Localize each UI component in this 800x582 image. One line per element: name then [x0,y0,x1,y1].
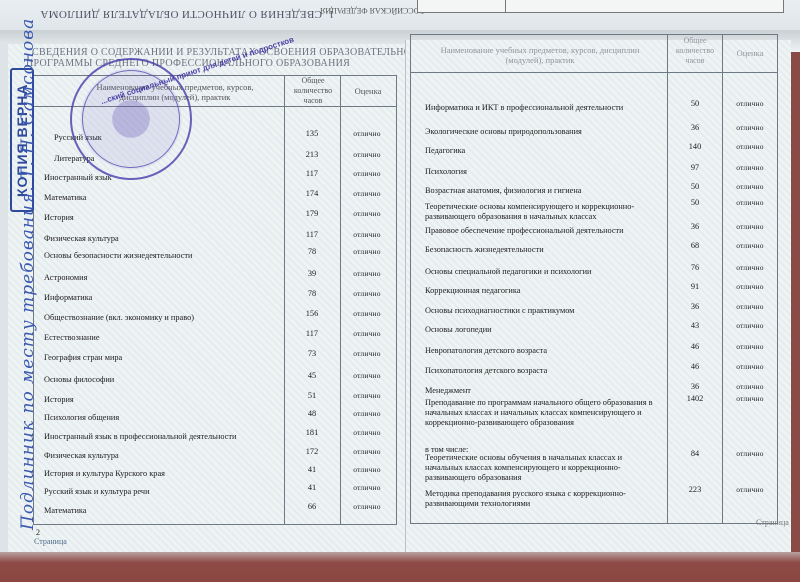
subject-name: Основы философии [44,375,114,385]
subject-name: Иностранный язык [44,173,112,183]
subject-grade: отлично [342,189,392,199]
subject-hours: 117 [292,329,332,339]
subject-name: Методика преподавания русского языка с к… [425,489,660,509]
subject-hours: 97 [675,163,715,173]
subject-hours: 172 [292,447,332,457]
subject-grade: отлично [342,465,392,475]
subject-hours: 174 [292,189,332,199]
subject-name: Правовое обеспечение профессиональной де… [425,226,624,236]
subject-grade: отлично [342,391,392,401]
subject-hours: 156 [292,309,332,319]
subject-hours: 41 [292,465,332,475]
subject-name: История [44,395,74,405]
subject-name: Иностранный язык в профессиональной деят… [44,432,236,442]
subject-grade: отлично [725,485,775,495]
subject-name: Экологические основы природопользования [425,127,582,137]
subject-hours: 179 [292,209,332,219]
subject-grade: отлично [342,349,392,359]
subject-hours: 223 [675,485,715,495]
subject-name: Психология общения [44,413,119,423]
subject-grade: отлично [725,198,775,208]
subject-name: Математика [44,506,86,516]
subject-hours: 36 [675,222,715,232]
flipped-table-edge [417,0,784,13]
subject-name: Естествознание [44,333,100,343]
subject-grade: отлично [725,99,775,109]
subject-grade: отлично [725,142,775,152]
subject-grade: отлично [725,342,775,352]
subject-name: Информатика [44,293,92,303]
subject-name: История и культура Курского края [44,469,165,479]
subject-grade: отлично [725,222,775,232]
subject-grade: отлично [725,394,775,404]
subject-grade: отлично [725,382,775,392]
subject-name: Возрастная анатомия, физиология и гигиен… [425,186,581,196]
subject-grade: отлично [725,123,775,133]
subject-name: География стран мира [44,353,122,363]
subject-hours: 41 [292,483,332,493]
subject-name: Физическая культура [44,451,119,461]
subject-grade: отлично [342,329,392,339]
background-surface [0,552,800,582]
subject-name: Астрономия [44,273,87,283]
left-heading-line2: ПРОГРАММЫ СРЕДНЕГО ПРОФЕССИОНАЛЬНОГО ОБР… [26,58,350,69]
subject-grade: отлично [725,362,775,372]
left-col-divider [340,75,341,524]
subject-grade: отлично [725,241,775,251]
subject-hours: 68 [675,241,715,251]
subject-hours: 45 [292,371,332,381]
subject-name: Русский язык и культура речи [44,487,150,497]
subject-hours: 50 [675,182,715,192]
subject-name: Физическая культура [44,234,119,244]
left-col-grade-header: Оценка [342,86,394,96]
subject-hours: 50 [675,198,715,208]
subject-name: Теоретические основы обучения в начальны… [425,453,660,483]
subject-grade: отлично [342,371,392,381]
subject-grade: отлично [725,263,775,273]
diploma-scan: 1. СВЕДЕНИЯ О ЛИЧНОСТИ ОБЛАДАТЕЛЯ ДИПЛОМ… [0,0,800,582]
subject-grade: отлично [342,409,392,419]
right-header-divider [410,72,778,73]
subject-grade: отлично [342,150,392,160]
subject-hours: 50 [675,99,715,109]
subject-grade: отлично [342,289,392,299]
subject-hours: 78 [292,289,332,299]
subject-name: Информатика и ИКТ в профессиональной дея… [425,103,623,113]
subject-name: Основы безопасности жизнедеятельности [44,251,193,261]
subject-hours: 84 [675,449,715,459]
subject-name: Коррекционная педагогика [425,286,520,296]
right-col-hours-header: Общее количество часов [669,36,721,66]
subject-name: Безопасность жизнедеятельности [425,245,544,255]
subject-grade: отлично [725,302,775,312]
right-col-divider [722,34,723,523]
subject-name: Менеджмент [425,386,471,396]
right-page-label: Страница [756,518,789,527]
subject-name: Психология [425,167,467,177]
subject-hours: 43 [675,321,715,331]
subject-hours: 117 [292,169,332,179]
subject-hours: 36 [675,302,715,312]
subject-hours: 51 [292,391,332,401]
subject-grade: отлично [342,502,392,512]
subject-hours: 91 [675,282,715,292]
subject-hours: 78 [292,247,332,257]
subject-hours: 39 [292,269,332,279]
left-col-divider [284,75,285,524]
subject-grade: отлично [342,428,392,438]
subject-hours: 36 [675,382,715,392]
subject-hours: 76 [675,263,715,273]
subject-grade: отлично [342,129,392,139]
subject-grade: отлично [342,483,392,493]
subject-hours: 140 [675,142,715,152]
handwritten-note: Подлинник по месту требования. Т. Н. Сам… [18,18,38,530]
subject-grade: отлично [342,230,392,240]
subject-hours: 36 [675,123,715,133]
subject-name: Обществознание (вкл. экономику и право) [44,313,194,323]
subject-hours: 117 [292,230,332,240]
subject-grade: отлично [725,182,775,192]
subject-hours: 46 [675,342,715,352]
subject-hours: 1402 [675,394,715,404]
subject-grade: отлично [725,321,775,331]
subject-grade: отлично [342,447,392,457]
subject-name: Математика [44,193,86,203]
subject-hours: 46 [675,362,715,372]
left-page-label: Страница [34,537,67,546]
subject-hours: 66 [292,502,332,512]
flipped-country: РОССИЙСКАЯ ФЕДЕРАЦИЯ [320,6,424,15]
right-col-name-header: Наименование учебных предметов, курсов, … [440,45,640,65]
subject-grade: отлично [342,309,392,319]
right-col-divider [667,34,668,523]
subject-grade: отлично [725,163,775,173]
subject-grade: отлично [342,169,392,179]
subject-grade: отлично [725,282,775,292]
subject-name: Педагогика [425,146,465,156]
subject-name: Невропатология детского возраста [425,346,547,356]
right-col-grade-header: Оценка [724,48,776,58]
subject-grade: отлично [342,247,392,257]
subject-grade: отлично [725,449,775,459]
subject-name: Теоретические основы компенсирующего и к… [425,202,660,222]
subject-hours: 48 [292,409,332,419]
subject-name: Основы психодиагностики с практикумом [425,306,574,316]
subject-hours: 135 [292,129,332,139]
left-col-hours-header: Общее количество часов [287,76,339,106]
subject-name: Преподавание по программам начального об… [425,398,660,428]
subject-name: Психопатология детского возраста [425,366,547,376]
subject-grade: отлично [342,209,392,219]
subject-hours: 213 [292,150,332,160]
subject-name: История [44,213,74,223]
subject-name: Основы специальной педагогики и психолог… [425,267,591,277]
subject-grade: отлично [342,269,392,279]
subject-hours: 181 [292,428,332,438]
subject-hours: 73 [292,349,332,359]
subject-name: Основы логопедии [425,325,492,335]
